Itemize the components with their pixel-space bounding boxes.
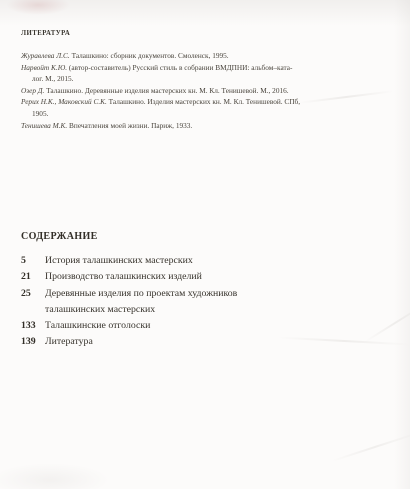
contents-page-number: 21 [21, 269, 45, 285]
bibliography-author: Рерих Н.К., Маковский С.К. [21, 97, 109, 106]
bibliography-entry-text: Талашкино: сборник документов. Смоленск,… [72, 51, 229, 60]
bibliography-entry-line: Тенишева М.К. Впечатления моей жизни. Па… [21, 120, 321, 132]
contents-list: 5 История талашкинских мастерских 21 Про… [21, 253, 341, 351]
bibliography-entry-line: Журавлева Л.С. Талашкино: сборник докуме… [21, 50, 321, 62]
bibliography-author: Нарвойт К.Ю. [21, 63, 69, 72]
bibliography-entry-line: Нарвойт К.Ю. (автор-составитель) Русский… [21, 62, 321, 74]
bibliography-heading: ЛИТЕРАТУРА [21, 30, 321, 37]
bibliography-section: ЛИТЕРАТУРА Журавлева Л.С. Талашкино: сбо… [21, 30, 321, 131]
paper-shading-right [394, 0, 410, 489]
bibliography-entry: Журавлева Л.С. Талашкино: сборник докуме… [21, 50, 321, 62]
paper-smudge [6, 0, 70, 15]
contents-title-line: Производство талашкинских изделий [45, 269, 202, 285]
bibliography-entry: Тенишева М.К. Впечатления моей жизни. Па… [21, 120, 321, 132]
contents-item-title: Талашкинские отголоски [45, 318, 150, 334]
bibliography-entry-line: Рерих Н.К., Маковский С.К. Талашкино. Из… [21, 96, 321, 108]
paper-shading-top [0, 0, 410, 26]
bibliography-list: Журавлева Л.С. Талашкино: сборник докуме… [21, 50, 321, 131]
contents-title-line: Литература [45, 334, 93, 350]
contents-page-number: 5 [21, 253, 45, 269]
contents-item: 139 Литература [21, 334, 341, 350]
bibliography-entry: Рерих Н.К., Маковский С.К. Талашкино. Из… [21, 96, 321, 119]
contents-page-number: 139 [21, 334, 45, 350]
bibliography-entry: Озер Д. Талашкино. Деревянные изделия ма… [21, 85, 321, 97]
contents-section: СОДЕРЖАНИЕ 5 История талашкинских мастер… [21, 231, 341, 351]
contents-item-title: Деревянные изделия по проектам художнико… [45, 286, 237, 319]
contents-item: 133 Талашкинские отголоски [21, 318, 341, 334]
bibliography-entry-continuation: лог. М., 2015. [32, 73, 321, 85]
contents-item-title: История талашкинских мастерских [45, 253, 193, 269]
contents-title-line: Деревянные изделия по проектам художнико… [45, 286, 237, 302]
contents-item-title: Производство талашкинских изделий [45, 269, 202, 285]
bibliography-author: Озер Д. [21, 86, 46, 95]
contents-title-line: История талашкинских мастерских [45, 253, 193, 269]
bibliography-author: Тенишева М.К. [21, 121, 69, 130]
contents-title-line: Талашкинские отголоски [45, 318, 150, 334]
contents-item: 25 Деревянные изделия по проектам художн… [21, 286, 341, 319]
bibliography-entry-continuation: 1905. [32, 108, 321, 120]
contents-title-line: талашкинских мастерских [45, 302, 237, 318]
contents-page-number: 133 [21, 318, 45, 334]
contents-heading: СОДЕРЖАНИЕ [21, 231, 341, 242]
paper-shading-bottom-left [0, 463, 110, 489]
bibliography-entry-text: Талашкино. Деревянные изделия мастерских… [46, 86, 288, 95]
contents-item-title: Литература [45, 334, 93, 350]
bibliography-entry-text: Талашкино. Изделия мастерских кн. М. Кл.… [109, 97, 300, 106]
bibliography-entry: Нарвойт К.Ю. (автор-составитель) Русский… [21, 62, 321, 85]
contents-item: 5 История талашкинских мастерских [21, 253, 341, 269]
contents-page-number: 25 [21, 286, 45, 319]
paper-crease [365, 304, 410, 343]
bibliography-entry-text: Впечатления моей жизни. Париж, 1933. [69, 121, 192, 130]
bibliography-entry-text: (автор-составитель) Русский стиль в собр… [69, 63, 293, 72]
scanned-book-page: ЛИТЕРАТУРА Журавлева Л.С. Талашкино: сбо… [0, 0, 410, 489]
contents-item: 21 Производство талашкинских изделий [21, 269, 341, 285]
bibliography-entry-line: Озер Д. Талашкино. Деревянные изделия ма… [21, 85, 321, 97]
bibliography-author: Журавлева Л.С. [21, 51, 72, 60]
paper-crease [332, 432, 410, 462]
